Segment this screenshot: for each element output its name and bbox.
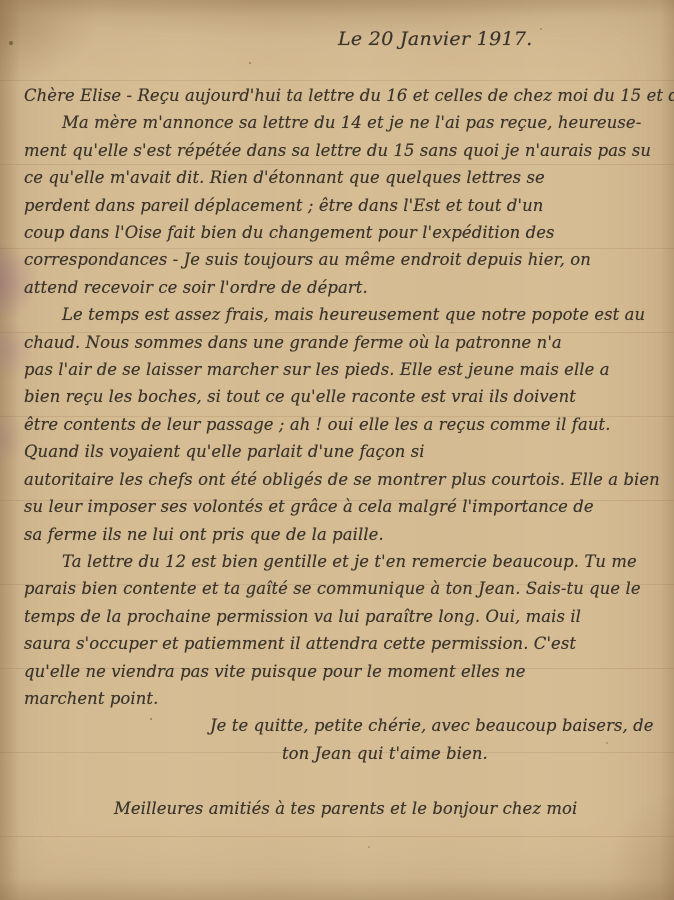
letter-line: Ma mère m'annonce sa lettre du 14 et je … xyxy=(24,109,664,136)
letter-line: su leur imposer ses volontés et grâce à … xyxy=(24,493,664,520)
letter-line: attend recevoir ce soir l'ordre de dépar… xyxy=(24,274,664,301)
letter-line: coup dans l'Oise fait bien du changement… xyxy=(24,219,664,246)
letter-page: Le 20 Janvier 1917. Chère Elise - Reçu a… xyxy=(0,0,674,900)
letter-line: correspondances - Je suis toujours au mê… xyxy=(24,246,664,273)
paper-specks xyxy=(0,0,2,2)
letter-line: Je te quitte, petite chérie, avec beauco… xyxy=(24,712,664,739)
letter-line: Ta lettre du 12 est bien gentille et je … xyxy=(24,548,664,575)
letter-line: temps de la prochaine permission va lui … xyxy=(24,603,664,630)
letter-line: marchent point. xyxy=(24,685,664,712)
letter-line: Quand ils voyaient qu'elle parlait d'une… xyxy=(24,438,664,465)
letter-line: perdent dans pareil déplacement ; être d… xyxy=(24,192,664,219)
letter-body: Chère Elise - Reçu aujourd'hui ta lettre… xyxy=(24,82,664,822)
letter-line: bien reçu les boches, si tout ce qu'elle… xyxy=(24,383,664,410)
letter-line: chaud. Nous sommes dans une grande ferme… xyxy=(24,329,664,356)
letter-line: ce qu'elle m'avait dit. Rien d'étonnant … xyxy=(24,164,664,191)
letter-line: parais bien contente et ta gaîté se comm… xyxy=(24,575,664,602)
letter-line: saura s'occuper et patiemment il attendr… xyxy=(24,630,664,657)
letter-line: ment qu'elle s'est répétée dans sa lettr… xyxy=(24,137,664,164)
letter-line xyxy=(24,767,664,794)
letter-line: sa ferme ils ne lui ont pris que de la p… xyxy=(24,521,664,548)
letter-line: qu'elle ne viendra pas vite puisque pour… xyxy=(24,658,664,685)
letter-line: Chère Elise - Reçu aujourd'hui ta lettre… xyxy=(24,82,664,109)
letter-line: Le temps est assez frais, mais heureusem… xyxy=(24,301,664,328)
letter-line: ton Jean qui t'aime bien. xyxy=(24,740,664,767)
letter-line: autoritaire les chefs ont été obligés de… xyxy=(24,466,664,493)
letter-date: Le 20 Janvier 1917. xyxy=(338,28,533,50)
letter-line: pas l'air de se laisser marcher sur les … xyxy=(24,356,664,383)
letter-line: être contents de leur passage ; ah ! oui… xyxy=(24,411,664,438)
letter-line: Meilleures amitiés à tes parents et le b… xyxy=(24,795,664,822)
